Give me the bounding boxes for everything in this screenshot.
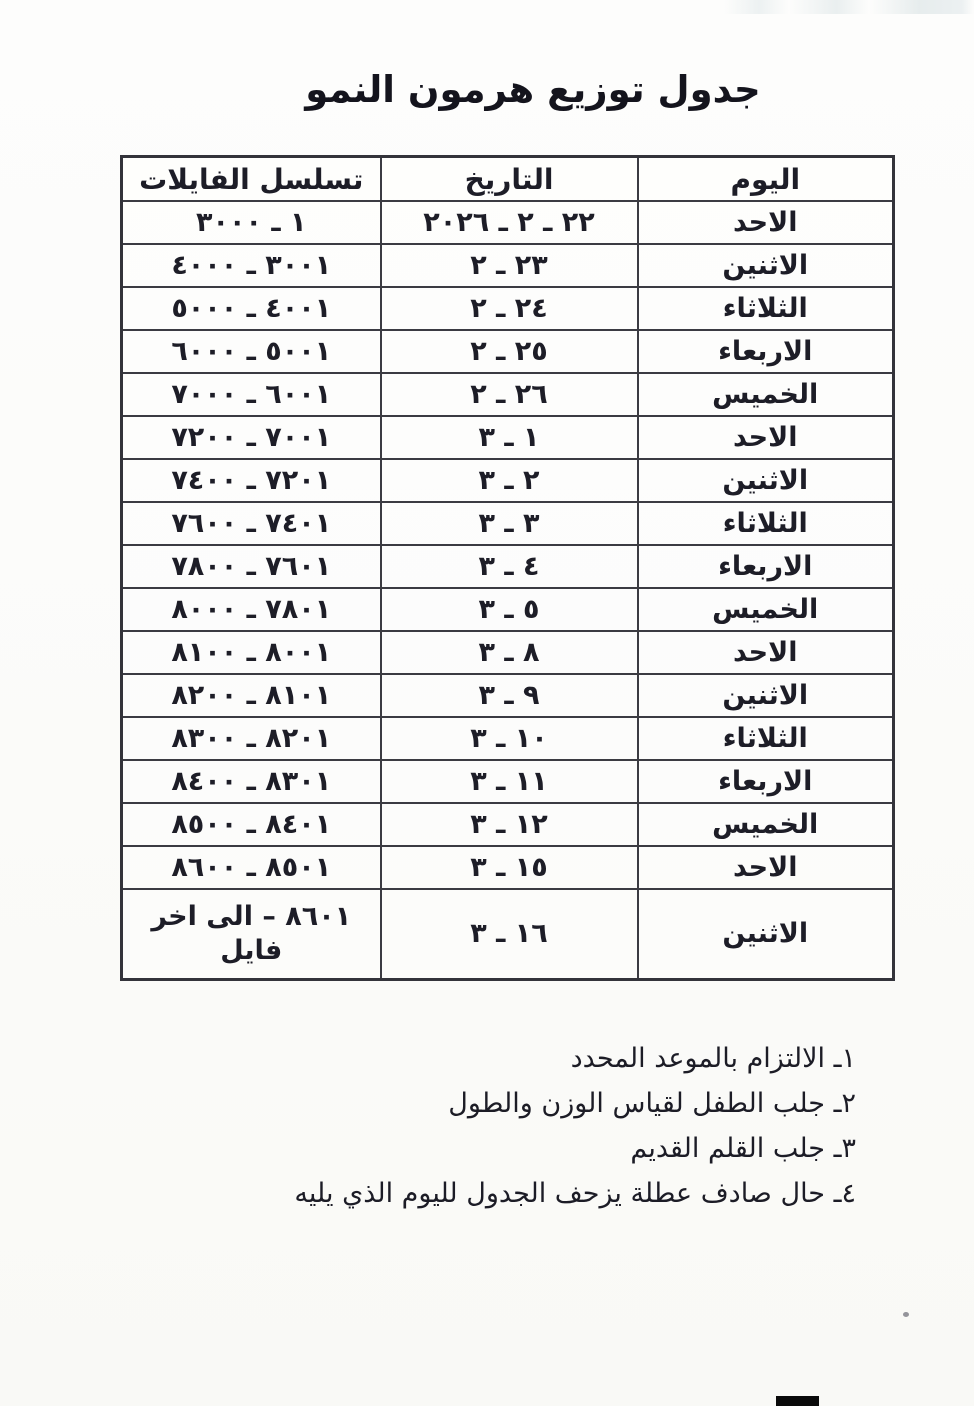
scanned-document-page: { "document": { "title": "جدول توزيع هرم… xyxy=(0,0,974,1406)
date-cell: ٤ ـ ٣ xyxy=(381,545,638,588)
files-cell: ٧٦٠١ ـ ٧٨٠٠ xyxy=(122,545,381,588)
day-cell: الاربعاء xyxy=(638,760,894,803)
date-cell: ٢٥ ـ ٢ xyxy=(381,330,638,373)
day-cell: الخميس xyxy=(638,373,894,416)
scan-smudge-top-right xyxy=(724,0,974,14)
date-cell: ٣ ـ ٣ xyxy=(381,502,638,545)
scan-speck xyxy=(903,1312,909,1317)
day-cell: الخميس xyxy=(638,588,894,631)
day-cell: الخميس xyxy=(638,803,894,846)
day-cell: الاحد xyxy=(638,201,894,244)
table-row: الاثنين ٢ ـ ٣ ٧٢٠١ ـ ٧٤٠٠ xyxy=(122,459,894,502)
col-header-files: تسلسل الفايلات xyxy=(122,157,381,202)
note-line-2: ٢ـ جلب الطفل لقياس الوزن والطول xyxy=(294,1081,856,1126)
day-cell: الاحد xyxy=(638,846,894,889)
date-cell: ٢٣ ـ ٢ xyxy=(381,244,638,287)
day-cell: الاحد xyxy=(638,631,894,674)
date-cell: ٢٢ ـ ٢ ـ ٢٠٢٦ xyxy=(381,201,638,244)
files-cell: ٧٨٠١ ـ ٨٠٠٠ xyxy=(122,588,381,631)
table-row: الاحد ١ ـ ٣ ٧٠٠١ ـ ٧٢٠٠ xyxy=(122,416,894,459)
table-row: الاثنين ١٦ ـ ٣ ٨٦٠١ – الى اخر فايل xyxy=(122,889,894,980)
notes-list: ١ـ الالتزام بالموعد المحدد ٢ـ جلب الطفل … xyxy=(294,1036,856,1216)
date-cell: ٥ ـ ٣ xyxy=(381,588,638,631)
day-cell: الاثنين xyxy=(638,889,894,980)
files-cell: ٤٠٠١ ـ ٥٠٠٠ xyxy=(122,287,381,330)
table-row: الاحد ٢٢ ـ ٢ ـ ٢٠٢٦ ١ ـ ٣٠٠٠ xyxy=(122,201,894,244)
table-row: الخميس ٢٦ ـ ٢ ٦٠٠١ ـ ٧٠٠٠ xyxy=(122,373,894,416)
col-header-day: اليوم xyxy=(638,157,894,202)
date-cell: ١٢ ـ ٣ xyxy=(381,803,638,846)
schedule-table: اليوم التاريخ تسلسل الفايلات الاحد ٢٢ ـ … xyxy=(120,155,895,981)
day-cell: الثلاثاء xyxy=(638,502,894,545)
day-cell: الاربعاء xyxy=(638,545,894,588)
day-cell: الاثنين xyxy=(638,459,894,502)
note-line-3: ٣ـ جلب القلم القديم xyxy=(294,1126,856,1171)
date-cell: ٨ ـ ٣ xyxy=(381,631,638,674)
files-cell: ١ ـ ٣٠٠٠ xyxy=(122,201,381,244)
day-cell: الاحد xyxy=(638,416,894,459)
date-cell: ٢ ـ ٣ xyxy=(381,459,638,502)
page-title: جدول توزيع هرمون النمو xyxy=(0,68,974,111)
files-cell: ٨٦٠١ – الى اخر فايل xyxy=(122,889,381,980)
files-cell: ٨٠٠١ ـ ٨١٠٠ xyxy=(122,631,381,674)
table-row: الاربعاء ١١ ـ ٣ ٨٣٠١ ـ ٨٤٠٠ xyxy=(122,760,894,803)
date-cell: ٢٦ ـ ٢ xyxy=(381,373,638,416)
note-line-4: ٤ـ حال صادف عطلة يزحف الجدول لليوم الذي … xyxy=(294,1171,856,1216)
table-row: الاثنين ٩ ـ ٣ ٨١٠١ ـ ٨٢٠٠ xyxy=(122,674,894,717)
files-cell: ٨٥٠١ ـ ٨٦٠٠ xyxy=(122,846,381,889)
date-cell: ٩ ـ ٣ xyxy=(381,674,638,717)
table-row: الاثنين ٢٣ ـ ٢ ٣٠٠١ ـ ٤٠٠٠ xyxy=(122,244,894,287)
date-cell: ٢٤ ـ ٢ xyxy=(381,287,638,330)
table-row: الاحد ٨ ـ ٣ ٨٠٠١ ـ ٨١٠٠ xyxy=(122,631,894,674)
table-row: الخميس ١٢ ـ ٣ ٨٤٠١ ـ ٨٥٠٠ xyxy=(122,803,894,846)
black-redaction-mark xyxy=(776,1396,819,1406)
day-cell: الاثنين xyxy=(638,244,894,287)
col-header-date: التاريخ xyxy=(381,157,638,202)
table-row: الاحد ١٥ ـ ٣ ٨٥٠١ ـ ٨٦٠٠ xyxy=(122,846,894,889)
date-cell: ١٥ ـ ٣ xyxy=(381,846,638,889)
table-row: الثلاثاء ٣ ـ ٣ ٧٤٠١ ـ ٧٦٠٠ xyxy=(122,502,894,545)
files-cell: ٣٠٠١ ـ ٤٠٠٠ xyxy=(122,244,381,287)
files-cell: ٥٠٠١ ـ ٦٠٠٠ xyxy=(122,330,381,373)
files-cell: ٧٢٠١ ـ ٧٤٠٠ xyxy=(122,459,381,502)
note-line-1: ١ـ الالتزام بالموعد المحدد xyxy=(294,1036,856,1081)
day-cell: الثلاثاء xyxy=(638,287,894,330)
files-cell: ٧٠٠١ ـ ٧٢٠٠ xyxy=(122,416,381,459)
date-cell: ١٠ ـ ٣ xyxy=(381,717,638,760)
table-row: الاربعاء ٢٥ ـ ٢ ٥٠٠١ ـ ٦٠٠٠ xyxy=(122,330,894,373)
table-row: الثلاثاء ٢٤ ـ ٢ ٤٠٠١ ـ ٥٠٠٠ xyxy=(122,287,894,330)
files-cell: ٦٠٠١ ـ ٧٠٠٠ xyxy=(122,373,381,416)
day-cell: الاثنين xyxy=(638,674,894,717)
files-cell: ٨١٠١ ـ ٨٢٠٠ xyxy=(122,674,381,717)
date-cell: ١ ـ ٣ xyxy=(381,416,638,459)
table-row: الخميس ٥ ـ ٣ ٧٨٠١ ـ ٨٠٠٠ xyxy=(122,588,894,631)
day-cell: الثلاثاء xyxy=(638,717,894,760)
table-row: الثلاثاء ١٠ ـ ٣ ٨٢٠١ ـ ٨٣٠٠ xyxy=(122,717,894,760)
files-cell: ٧٤٠١ ـ ٧٦٠٠ xyxy=(122,502,381,545)
table-row: الاربعاء ٤ ـ ٣ ٧٦٠١ ـ ٧٨٠٠ xyxy=(122,545,894,588)
date-cell: ١١ ـ ٣ xyxy=(381,760,638,803)
files-cell: ٨٢٠١ ـ ٨٣٠٠ xyxy=(122,717,381,760)
files-cell: ٨٤٠١ ـ ٨٥٠٠ xyxy=(122,803,381,846)
day-cell: الاربعاء xyxy=(638,330,894,373)
date-cell: ١٦ ـ ٣ xyxy=(381,889,638,980)
table-header-row: اليوم التاريخ تسلسل الفايلات xyxy=(122,157,894,202)
files-cell: ٨٣٠١ ـ ٨٤٠٠ xyxy=(122,760,381,803)
